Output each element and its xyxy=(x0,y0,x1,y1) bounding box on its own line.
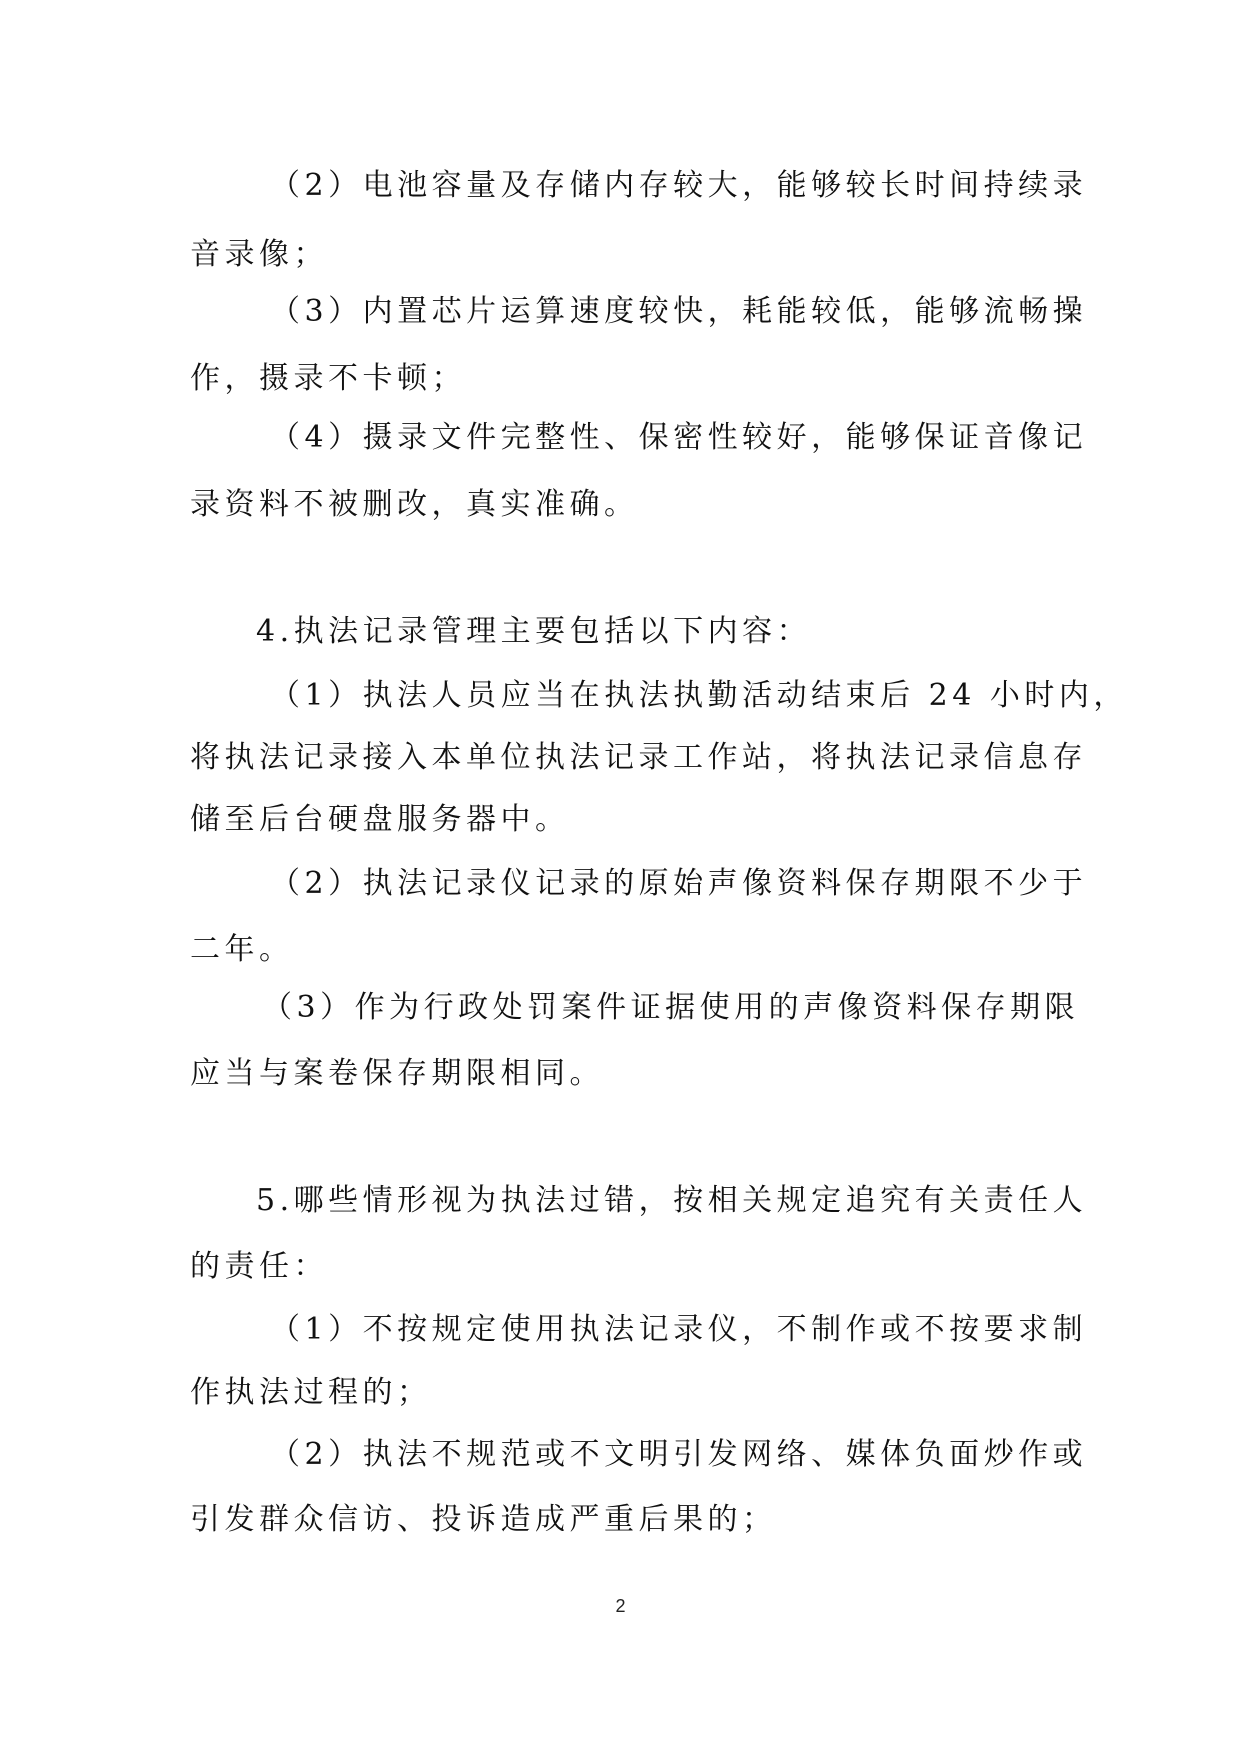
paragraph-line: 作执法过程的； xyxy=(190,1373,432,1413)
paragraph-line: 录资料不被删改，真实准确。 xyxy=(190,485,639,525)
section-heading: 5.哪些情形视为执法过错，按相关规定追究有关责任人 xyxy=(256,1181,1087,1221)
paragraph-line: 的责任： xyxy=(190,1247,328,1287)
paragraph-line: （1）执法人员应当在执法执勤活动结束后 24 小时内， xyxy=(270,676,1128,716)
paragraph-line: 音录像； xyxy=(190,235,328,275)
section-heading: 4.执法记录管理主要包括以下内容： xyxy=(256,612,811,652)
paragraph-line: 应当与案卷保存期限相同。 xyxy=(190,1054,604,1094)
page-number: 2 xyxy=(0,1596,1241,1617)
paragraph-line: （4）摄录文件完整性、保密性较好，能够保证音像记 xyxy=(270,418,1087,458)
paragraph-line: （2）电池容量及存储内存较大，能够较长时间持续录 xyxy=(270,166,1087,206)
paragraph-line: （1）不按规定使用执法记录仪，不制作或不按要求制 xyxy=(270,1310,1087,1350)
paragraph-line: （2）执法记录仪记录的原始声像资料保存期限不少于 xyxy=(270,864,1087,904)
paragraph-line: 二年。 xyxy=(190,930,294,970)
paragraph-line: 储至后台硬盘服务器中。 xyxy=(190,800,570,840)
paragraph-line: （3）作为行政处罚案件证据使用的声像资料保存期限 xyxy=(262,988,1079,1028)
paragraph-line: 引发群众信访、投诉造成严重后果的； xyxy=(190,1500,777,1540)
paragraph-line: 作，摄录不卡顿； xyxy=(190,359,466,399)
paragraph-line: （3）内置芯片运算速度较快，耗能较低，能够流畅操 xyxy=(270,292,1087,332)
paragraph-line: 将执法记录接入本单位执法记录工作站，将执法记录信息存 xyxy=(190,738,1087,778)
paragraph-line: （2）执法不规范或不文明引发网络、媒体负面炒作或 xyxy=(270,1435,1087,1475)
document-page: （2）电池容量及存储内存较大，能够较长时间持续录 音录像； （3）内置芯片运算速… xyxy=(0,0,1241,1754)
